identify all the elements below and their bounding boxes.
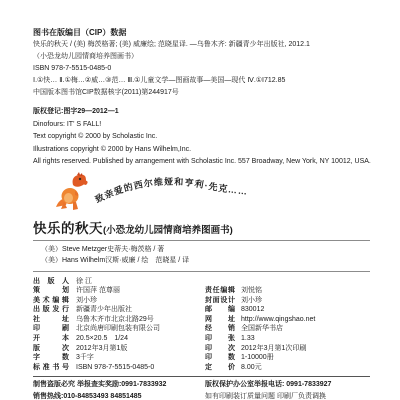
colophon-row-price: 定价8.00元: [205, 363, 370, 373]
svg-text:致亲爱的西尔维娅和亨利·先克……: 致亲爱的西尔维娅和亨利·先克……: [93, 175, 248, 204]
cip-heading: 图书在版编目（CIP）数据: [33, 26, 370, 39]
cip-line-record-number: 中国版本图书馆CIP数据核字(2011)第244917号: [33, 87, 370, 99]
dedication-arc: 致亲爱的西尔维娅和亨利·先克……: [93, 173, 308, 213]
colophon-row-postcode: 邮编830012: [205, 305, 370, 315]
cip-line-title: 快乐的秋天 / (美) 梅茨格著; (美) 威廉绘; 范晓星译. —乌鲁木齐: …: [33, 39, 370, 51]
dinosaur-icon: [53, 171, 91, 213]
illustrations-copyright-line: Illustrations copyright © 2000 by Hans W…: [33, 144, 370, 157]
cip-line-classification: Ⅰ.①快… Ⅱ.①梅…②威…③范… Ⅲ.①儿童文学—图画故事—美国—现代 Ⅳ.①…: [33, 75, 370, 87]
colophon-left-column: 出版人徐 江 策划许国萍 范尊丽 美术编辑刘小珍 出版发行新疆青少年出版社 社址…: [33, 277, 205, 373]
colophon-row-impression: 印次2012年3月第1次印刷: [205, 344, 370, 354]
colophon-row-word-count: 字数3千字: [33, 353, 205, 363]
text-copyright-line: Text copyright © 2000 by Scholastic Inc.: [33, 131, 370, 144]
title-block: 快乐的秋天(小恐龙幼儿园情商培养图画书) （美）Steve Metzger史蒂夫…: [33, 217, 370, 272]
dedication-block: 致亲爱的西尔维娅和亨利·先克……: [53, 171, 370, 215]
anti-piracy-notice: 制售盗版必究 举报查实奖励:0991-7833932: [33, 379, 205, 391]
book-title: 快乐的秋天: [33, 221, 103, 236]
colophon-row-planning: 策划许国萍 范尊丽: [33, 286, 205, 296]
cip-line-series: （小恐龙幼儿园情商培养图画书）: [33, 51, 370, 63]
colophon-row-publisher: 出版发行新疆青少年出版社: [33, 305, 205, 315]
notices-left: 制售盗版必究 举报查实奖励:0991-7833932 销售热线:010-8485…: [33, 379, 205, 400]
copyright-registration: 版权登记:图字29—2012—1: [33, 106, 370, 119]
colophon-row-publisher-person: 出版人徐 江: [33, 277, 205, 287]
colophon-row-printer: 印刷北京尚唐印刷包装有限公司: [33, 324, 205, 334]
cip-block: 图书在版编目（CIP）数据 快乐的秋天 / (美) 梅茨格著; (美) 威廉绘;…: [33, 26, 370, 99]
cip-line-isbn: ISBN 978-7-5515-0485-0: [33, 63, 370, 75]
colophon-row-editor: 责任编辑刘悦铭: [205, 286, 370, 296]
colophon-row-edition: 版次2012年3月第1版: [33, 344, 205, 354]
original-title: Dinofours: IT' S FALL!: [33, 119, 370, 132]
colophon-row-cover-design: 封面设计刘小珍: [205, 296, 370, 306]
copyright-office-phone: 版权保护办公室举报电话: 0991-7833927: [205, 379, 370, 391]
author-rows: （美）Steve Metzger史蒂夫·梅茨格 / 著 （美）Hans Wilh…: [33, 241, 370, 272]
copyright-block: 版权登记:图字29—2012—1 Dinofours: IT' S FALL! …: [33, 106, 370, 169]
colophon-table: 出版人徐 江 策划许国萍 范尊丽 美术编辑刘小珍 出版发行新疆青少年出版社 社址…: [33, 277, 370, 373]
dedication-text: 致亲爱的西尔维娅和亨利·先克……: [93, 175, 248, 204]
notices-right: 版权保护办公室举报电话: 0991-7833927 如有印刷装订质量问题 印刷厂…: [205, 379, 370, 400]
colophon-row-distribution: 经销全国新华书店: [205, 324, 370, 334]
sales-hotline: 销售热线:010-84853493 84851485: [33, 391, 205, 400]
colophon-row-website: 网址http://www.qingshao.net: [205, 315, 370, 325]
book-colophon-page: 图书在版编目（CIP）数据 快乐的秋天 / (美) 梅茨格著; (美) 威廉绘;…: [0, 0, 400, 400]
colophon-row-print-run: 印数1-10000册: [205, 353, 370, 363]
title-row: 快乐的秋天(小恐龙幼儿园情商培养图画书): [33, 217, 370, 241]
illustrator-line: （美）Hans Wilhelm汉斯·威廉 / 绘 范晓星 / 译: [41, 255, 370, 267]
colophon-row-sheets: 印张1.33: [205, 334, 370, 344]
page-content: 图书在版编目（CIP）数据 快乐的秋天 / (美) 梅茨格著; (美) 威廉绘;…: [33, 26, 370, 400]
colophon-right-column: 责任编辑刘悦铭 封面设计刘小珍 邮编830012 网址http://www.qi…: [205, 277, 370, 373]
author-line: （美）Steve Metzger史蒂夫·梅茨格 / 著: [41, 244, 370, 256]
all-rights-line: All rights reserved. Published by arrang…: [33, 156, 370, 169]
colophon-row-art-editor: 美术编辑刘小珍: [33, 296, 205, 306]
colophon-row-format: 开本20.5×20.5 1/24: [33, 334, 205, 344]
series-title: (小恐龙幼儿园情商培养图画书): [103, 225, 233, 236]
quality-note: 如有印刷装订质量问题 印刷厂负责调换: [205, 391, 370, 400]
notices-block: 制售盗版必究 举报查实奖励:0991-7833932 销售热线:010-8485…: [33, 376, 370, 400]
colophon-row-isbn: 标准书号ISBN 978-7-5515-0485-0: [33, 363, 205, 373]
colophon-row-address: 社址乌鲁木齐市北京北路29号: [33, 315, 205, 325]
